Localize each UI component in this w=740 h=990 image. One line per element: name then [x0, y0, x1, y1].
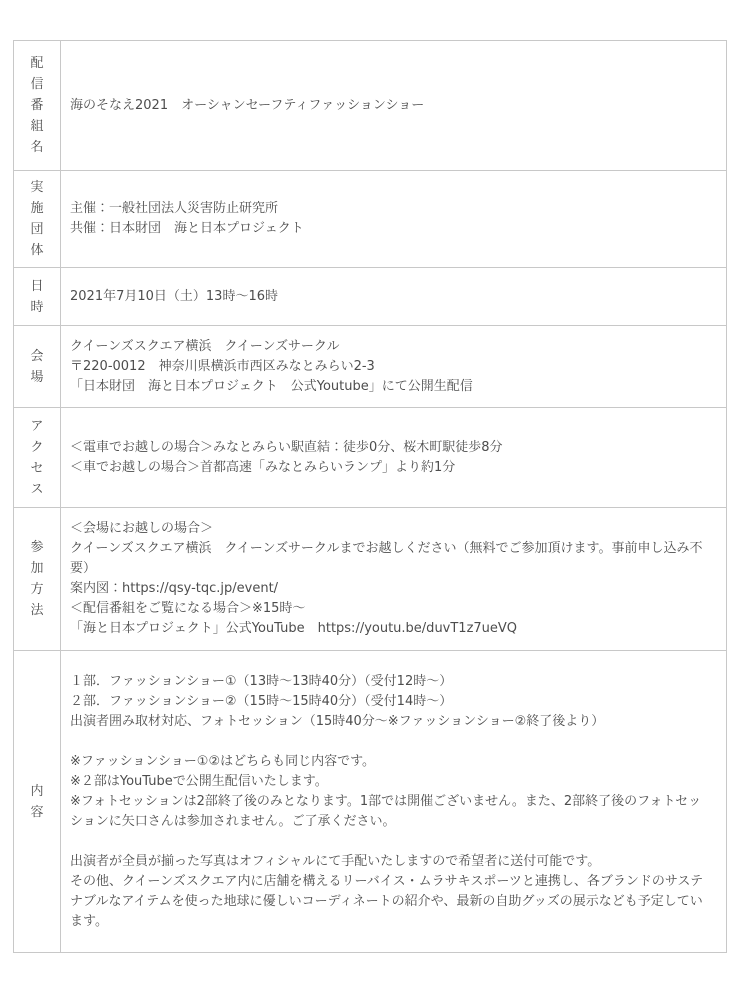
text-line: ＜電車でお越しの場合＞みなとみらい駅直結：徒歩0分、桜木町駅徒歩8分: [70, 438, 712, 458]
row-participation: 参加方法 ＜会場にお越しの場合＞ クイーンズスクエア横浜 クイーンズサークルまで…: [14, 508, 727, 651]
row-contents: 内容 １部．ファッションショー①（13時〜13時40分）（受付12時〜） ２部．…: [14, 651, 727, 953]
text-line: ＜会場にお越しの場合＞: [70, 519, 712, 539]
row-content-participation: ＜会場にお越しの場合＞ クイーンズスクエア横浜 クイーンズサークルまでお越しくだ…: [61, 508, 727, 651]
row-header-organizer: 実施団体: [14, 171, 61, 268]
row-header-contents: 内容: [14, 651, 61, 953]
text-line: 出演者囲み取材対応、フォトセッション（15時40分〜※ファッションショー②終了後…: [70, 712, 712, 732]
text-line: 「海と日本プロジェクト」公式YouTube https://youtu.be/d…: [70, 619, 712, 639]
row-header-label: 配信番組名: [30, 53, 44, 158]
row-header-label: 参加方法: [30, 537, 44, 621]
row-header-label: 会場: [30, 346, 44, 388]
row-access: アクセス ＜電車でお越しの場合＞みなとみらい駅直結：徒歩0分、桜木町駅徒歩8分 …: [14, 408, 727, 508]
page: 配信番組名 海のそなえ2021 オーシャンセーフティファッションショー 実施団体…: [0, 0, 740, 990]
text-line: ※フォトセッションは2部終了後のみとなります。1部では開催ございません。また、2…: [70, 792, 712, 832]
row-program-name: 配信番組名 海のそなえ2021 オーシャンセーフティファッションショー: [14, 41, 727, 171]
text-line: [70, 732, 712, 752]
row-header-label: アクセス: [30, 416, 44, 500]
row-header-label: 実施団体: [30, 177, 44, 261]
row-content-organizer: 主催：一般社団法人災害防止研究所 共催：日本財団 海と日本プロジェクト: [61, 171, 727, 268]
text-line: クイーンズスクエア横浜 クイーンズサークル: [70, 337, 712, 357]
row-content-access: ＜電車でお越しの場合＞みなとみらい駅直結：徒歩0分、桜木町駅徒歩8分 ＜車でお越…: [61, 408, 727, 508]
row-organizer: 実施団体 主催：一般社団法人災害防止研究所 共催：日本財団 海と日本プロジェクト: [14, 171, 727, 268]
text-line: 主催：一般社団法人災害防止研究所: [70, 199, 712, 219]
row-header-program-name: 配信番組名: [14, 41, 61, 171]
text-line: 「日本財団 海と日本プロジェクト 公式Youtube」にて公開生配信: [70, 377, 712, 397]
text-line: 2021年7月10日（土）13時〜16時: [70, 287, 712, 307]
row-header-label: 日時: [30, 276, 44, 318]
text-line: １部．ファッションショー①（13時〜13時40分）（受付12時〜）: [70, 672, 712, 692]
text-line: 海のそなえ2021 オーシャンセーフティファッションショー: [70, 96, 712, 116]
text-line: ＜配信番組をご覧になる場合＞※15時〜: [70, 599, 712, 619]
text-line: 共催：日本財団 海と日本プロジェクト: [70, 219, 712, 239]
row-header-label: 内容: [30, 781, 44, 823]
row-content-venue: クイーンズスクエア横浜 クイーンズサークル 〒220-0012 神奈川県横浜市西…: [61, 326, 727, 408]
row-header-datetime: 日時: [14, 268, 61, 326]
text-line: クイーンズスクエア横浜 クイーンズサークルまでお越しください（無料でご参加頂けま…: [70, 539, 712, 579]
text-line: 〒220-0012 神奈川県横浜市西区みなとみらい2-3: [70, 357, 712, 377]
text-line: 案内図：https://qsy-tqc.jp/event/: [70, 579, 712, 599]
text-line: ※ファッションショー①②はどちらも同じ内容です。: [70, 752, 712, 772]
row-header-venue: 会場: [14, 326, 61, 408]
text-line: [70, 832, 712, 852]
row-venue: 会場 クイーンズスクエア横浜 クイーンズサークル 〒220-0012 神奈川県横…: [14, 326, 727, 408]
text-line: その他、クイーンズスクエア内に店舗を構えるリーバイス・ムラサキスポーツと連携し、…: [70, 872, 712, 932]
row-header-participation: 参加方法: [14, 508, 61, 651]
row-datetime: 日時 2021年7月10日（土）13時〜16時: [14, 268, 727, 326]
event-info-table: 配信番組名 海のそなえ2021 オーシャンセーフティファッションショー 実施団体…: [13, 40, 727, 953]
row-content-datetime: 2021年7月10日（土）13時〜16時: [61, 268, 727, 326]
text-line: ※２部はYouTubeで公開生配信いたします。: [70, 772, 712, 792]
row-header-access: アクセス: [14, 408, 61, 508]
text-line: ＜車でお越しの場合＞首都高速「みなとみらいランプ」より約1分: [70, 458, 712, 478]
text-line: ２部．ファッションショー②（15時〜15時40分）（受付14時〜）: [70, 692, 712, 712]
row-content-program-name: 海のそなえ2021 オーシャンセーフティファッションショー: [61, 41, 727, 171]
row-content-contents: １部．ファッションショー①（13時〜13時40分）（受付12時〜） ２部．ファッ…: [61, 651, 727, 953]
text-line: 出演者が全員が揃った写真はオフィシャルにて手配いたしますので希望者に送付可能です…: [70, 852, 712, 872]
